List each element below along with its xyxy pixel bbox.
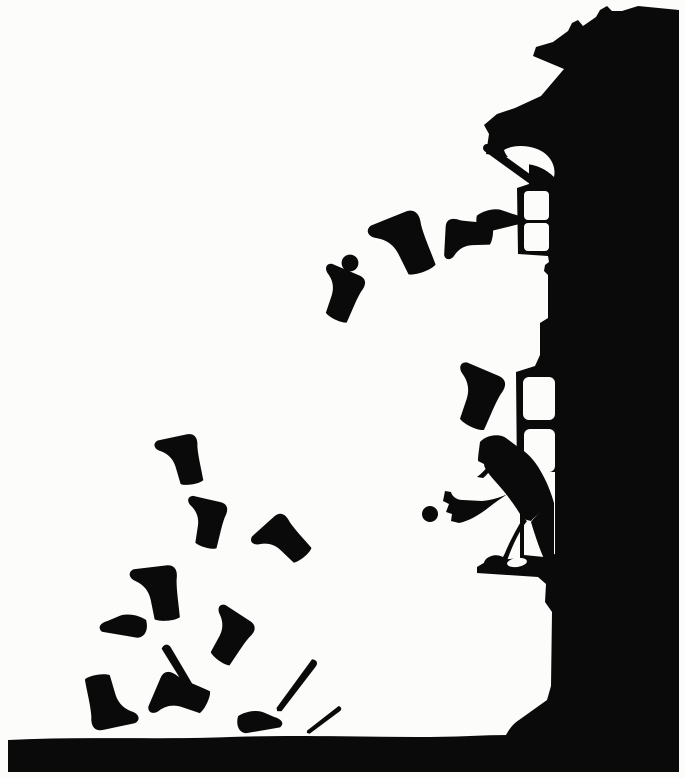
building-silhouette bbox=[477, 6, 679, 742]
fallen-stick-3 bbox=[306, 705, 342, 736]
flying-boot-1 bbox=[366, 208, 438, 285]
tumbling-objects-layer bbox=[84, 204, 523, 736]
flying-boot-8 bbox=[129, 564, 181, 623]
flying-boot-6 bbox=[177, 494, 229, 551]
ground-strip bbox=[8, 735, 679, 772]
silhouette-illustration bbox=[0, 0, 685, 778]
flying-boot-5 bbox=[154, 433, 205, 490]
upper-window-pane-1 bbox=[524, 191, 549, 220]
fallen-stick-2 bbox=[275, 658, 318, 715]
flying-boot-7 bbox=[248, 511, 313, 577]
figure-arm-hand bbox=[443, 490, 514, 523]
flying-boot-4 bbox=[439, 359, 508, 432]
figure-window-pane-1 bbox=[523, 377, 555, 420]
fallen-shoe-2 bbox=[236, 707, 283, 734]
thrown-ball-1 bbox=[342, 255, 359, 272]
illustration-stage bbox=[0, 0, 685, 778]
fallen-boot-1 bbox=[146, 669, 213, 732]
flying-boot-9 bbox=[194, 602, 258, 668]
fallen-shoe-1 bbox=[99, 611, 148, 639]
upper-window-pane-2 bbox=[524, 223, 549, 251]
flying-shoe-1 bbox=[474, 204, 522, 234]
thrown-ball-2 bbox=[422, 506, 438, 522]
flying-boot-2 bbox=[308, 261, 368, 325]
fallen-boot-2 bbox=[84, 669, 140, 732]
